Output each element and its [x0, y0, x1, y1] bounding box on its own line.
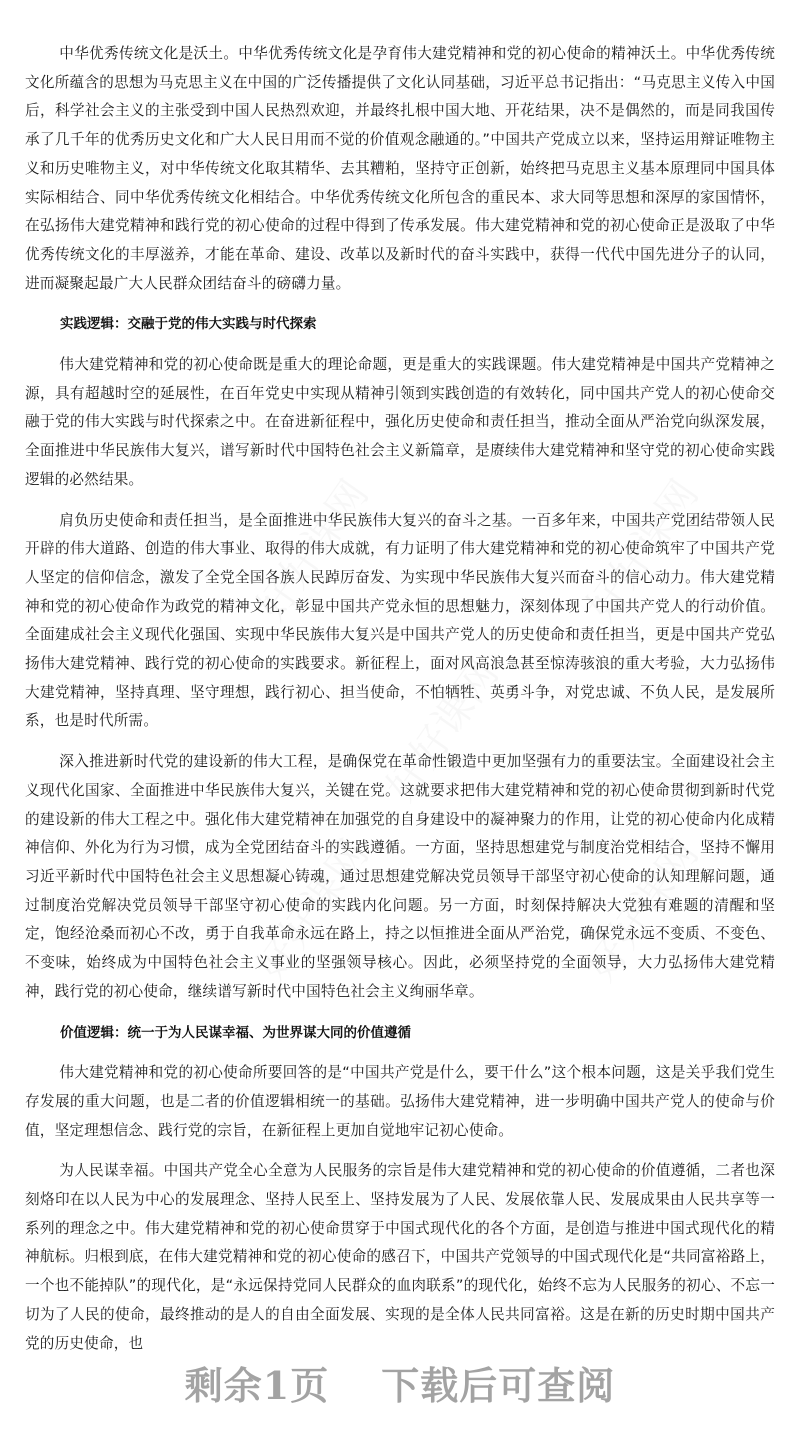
paragraph-people-happiness: 为人民谋幸福。中国共产党全心全意为人民服务的宗旨是伟大建党精神和党的初心使命的价… — [25, 1157, 775, 1358]
download-to-view-label: 下载后可查阅 — [381, 1363, 615, 1408]
paragraph-party-building: 深入推进新时代党的建设新的伟大工程，是确保党在革命性锻造中更加坚强有力的重要法宝… — [25, 748, 775, 1006]
paragraph-value-intro: 伟大建党精神和党的初心使命所要回答的是“中国共产党是什么，要干什么”这个根本问题… — [25, 1059, 775, 1145]
remaining-pages-label: 剩余1页 — [185, 1363, 329, 1408]
paragraph-historical-mission: 肩负历史使命和责任担当，是全面推进中华民族伟大复兴的奋斗之基。一百多年来，中国共… — [25, 507, 775, 737]
section-heading-practice-logic: 实践逻辑：交融于党的伟大实践与时代探索 — [25, 310, 775, 339]
section-heading-value-logic: 价值逻辑：统一于为人民谋幸福、为世界谋大同的价值遵循 — [25, 1019, 775, 1048]
document-body: 中华优秀传统文化是沃土。中华优秀传统文化是孕育伟大建党精神和党的初心使命的精神沃… — [25, 40, 775, 1370]
remaining-pages-banner[interactable]: 剩余1页下载后可查阅 — [0, 1355, 800, 1410]
paragraph-practice-intro: 伟大建党精神和党的初心使命既是重大的理论命题，更是重大的实践课题。伟大建党精神是… — [25, 351, 775, 495]
paragraph-cultural-foundation: 中华优秀传统文化是沃土。中华优秀传统文化是孕育伟大建党精神和党的初心使命的精神沃… — [25, 40, 775, 298]
